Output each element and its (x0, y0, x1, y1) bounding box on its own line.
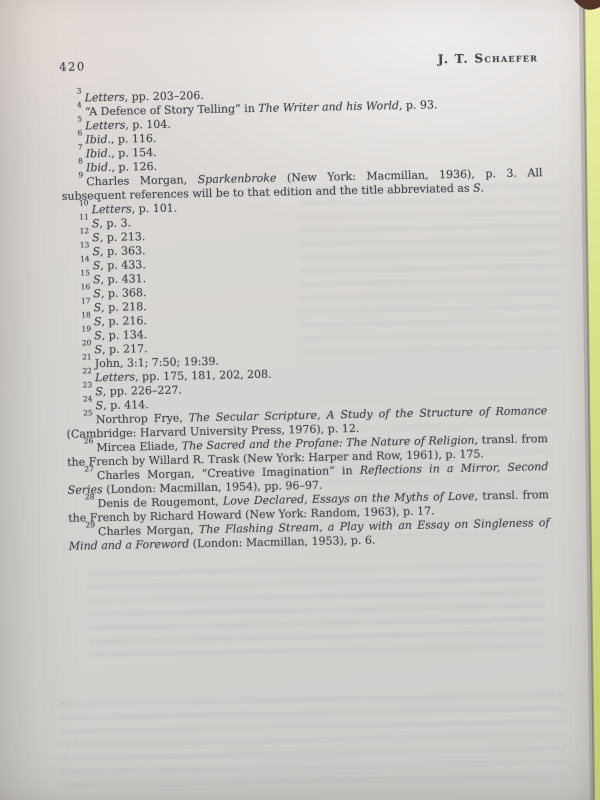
footnote-number: 15 (80, 268, 90, 277)
footnote-text-segment: , p. 104. (125, 118, 171, 132)
footnote-text-segment: Denis de Rougemont, (97, 495, 223, 511)
footnote-text-segment: . (480, 181, 484, 194)
footnote-number: 26 (84, 436, 94, 445)
footnote-text-segment: Ibid. (85, 133, 111, 147)
footnote-text-segment: , p. 218. (101, 300, 147, 314)
footnote-number: 14 (80, 254, 90, 263)
footnote-text-segment: , p. 213. (100, 230, 146, 244)
book-page-photo: 420 J. T. Schaefer 3Letters, pp. 203–206… (0, 0, 600, 800)
footnote-text-segment: Ibid. (86, 161, 112, 175)
footnote-text-segment: Charles Morgan, (86, 173, 198, 188)
footnote-number: 9 (78, 170, 83, 179)
footnote-number: 5 (77, 114, 82, 123)
footnote-text-segment: , p. 216. (101, 314, 147, 328)
footnote-number: 7 (78, 142, 83, 151)
footnote-number: 23 (83, 380, 93, 389)
footnote-text-segment: , p. 217. (102, 342, 148, 356)
footnote-number: 8 (78, 156, 83, 165)
footnote-text-segment: “A Defence of Story Telling” in (85, 102, 259, 118)
footnote-number: 16 (81, 282, 91, 291)
footnote-text-segment: , p. 414. (103, 398, 149, 412)
footnote-text-segment: , pp. 226–227. (103, 383, 182, 398)
footnote-text-segment: , p. 134. (102, 328, 148, 342)
footnote-text-segment: Ibid. (86, 147, 112, 161)
footnote-text-segment: , p. 431. (100, 272, 146, 286)
footnote-text-segment: Sparkenbroke (198, 172, 277, 187)
footnote-number: 24 (83, 394, 93, 403)
footnote-number: 13 (80, 240, 90, 249)
footnote-number: 25 (83, 408, 93, 417)
footnote-text-segment: Letters (85, 119, 125, 133)
footnote-number: 4 (77, 100, 82, 109)
footnote-text-segment: , pp. 203–206. (125, 89, 204, 104)
footnote-text-segment: Letters (92, 202, 132, 216)
running-head-author: J. T. Schaefer (438, 50, 539, 66)
footnote-number: 28 (85, 492, 95, 501)
footnote-number: 17 (81, 296, 91, 305)
footnote-number: 10 (79, 198, 89, 207)
footnote-text-segment: Letters (85, 91, 125, 105)
footnote-text-segment: , p. 154. (111, 146, 157, 160)
footnote-text-segment: , pp. 175, 181, 202, 208. (135, 368, 272, 384)
footnote-text-segment: Letters (95, 370, 135, 384)
footnote-text-segment: , p. 433. (100, 258, 146, 272)
footnote-number: 21 (82, 352, 92, 361)
footnotes-list: 3Letters, pp. 203–206.4“A Defence of Sto… (60, 82, 550, 554)
footnote-text-segment: (London: Macmillan, 1953), p. 6. (189, 534, 375, 551)
footnote-number: 22 (82, 366, 92, 375)
footnote-text-segment: , p. 368. (101, 286, 147, 300)
footnote-text-segment: , p. 101. (132, 202, 178, 216)
footnote-text-segment: John, 3:1; 7:50; 19:39. (95, 355, 219, 370)
footnote-text-segment: , p. 126. (111, 160, 157, 174)
footnote-number: 6 (77, 128, 82, 137)
footnote-text-segment: The Writer and his World (258, 99, 399, 115)
footnote-text-segment: , p. 3. (99, 216, 131, 230)
footnote-number: 18 (81, 310, 91, 319)
footnote-number: 12 (79, 226, 89, 235)
footnote-number: 29 (85, 520, 95, 529)
footnote-text-segment: , p. 363. (100, 244, 146, 258)
footnote-number: 11 (79, 212, 89, 221)
footnote-text-segment: Northrop Frye, (96, 411, 189, 426)
footnote-text-segment: , p. 116. (111, 132, 157, 146)
footnote-number: 19 (81, 324, 91, 333)
printed-content: 420 J. T. Schaefer 3Letters, pp. 203–206… (59, 50, 550, 554)
footnote-number: 20 (82, 338, 92, 347)
footnote-number: 3 (77, 86, 82, 95)
footnote-text-segment: Charles Morgan, (98, 523, 199, 538)
footnote-text-segment: Mircea Eliade, (96, 439, 182, 454)
footnote-number: 27 (84, 464, 94, 473)
page-number: 420 (59, 59, 86, 74)
footnote-text-segment: , p. 93. (399, 98, 438, 112)
